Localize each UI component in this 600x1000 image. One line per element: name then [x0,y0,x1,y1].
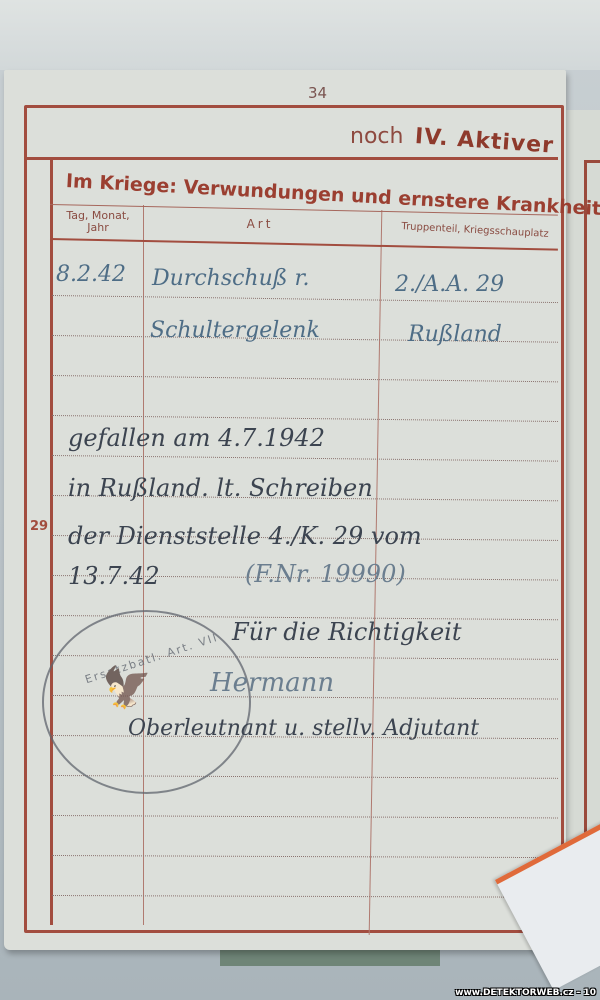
entry-type-line2: Schultergelenk [150,318,320,343]
signatory-title: Oberleutnant u. stellv. Adjutant [128,716,479,741]
note-line4: 13.7.42 [68,562,160,590]
official-stamp: Ersatzbatl. Art. VII 🦅 [42,610,251,794]
page-number: 34 [308,84,327,102]
certification-text: Für die Richtigkeit [232,618,461,646]
entry-type-line1: Durchschuß r. [152,266,310,291]
adjacent-page [560,110,600,890]
note-reference: (F.Nr. 19990) [245,560,406,588]
eagle-icon: 🦅 [102,664,152,711]
entry-unit-line1: 2./A.A. 29 [395,272,504,297]
paper-above [0,0,600,70]
entry-date: 8.2.42 [56,262,126,287]
note-line2: in Rußland. lt. Schreiben [68,474,373,502]
margin-number: 29 [30,519,48,534]
note-line3: der Dienststelle 4./K. 29 vom [68,522,422,550]
watermark: www.DETEKTORWEB.cz - 10 [455,988,596,998]
column-header-type: Art [200,218,320,230]
header-prefix: noch [350,124,403,149]
note-line1: gefallen am 4.7.1942 [68,424,325,452]
entry-unit-line2: Rußland [408,322,502,347]
column-header-date: Tag, Monat, Jahr [56,210,140,234]
inner-frame-line [50,160,53,925]
signature: Hermann [210,668,334,698]
